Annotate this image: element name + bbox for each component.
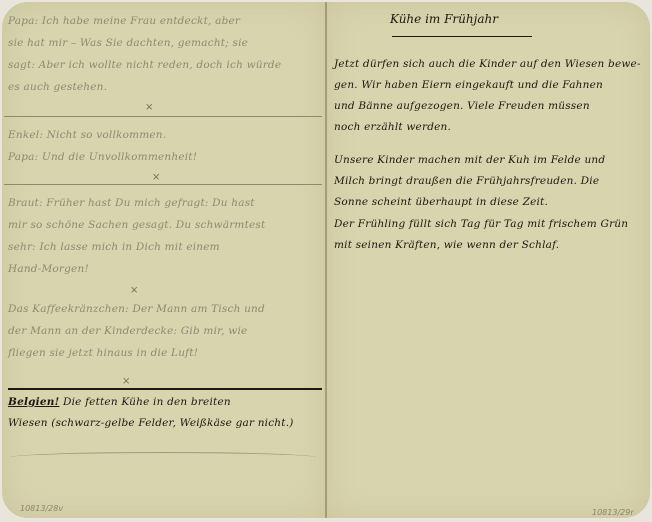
entry-belgien: Belgien! Die fetten Kühe in den breiten …: [8, 392, 318, 434]
paragraph-3: Der Frühling füllt sich Tag für Tag mit …: [334, 214, 644, 256]
text-line: Papa: Und die Unvollkommenheit!: [8, 146, 318, 168]
book-gutter: [325, 2, 327, 518]
catalog-number-left: 10813/28v: [20, 504, 63, 513]
text-line: Der Frühling füllt sich Tag für Tag mit …: [334, 214, 644, 235]
text-line: Wiesen (schwarz-gelbe Felder, Weißkäse g…: [8, 413, 318, 434]
text-line: sehr: Ich lasse mich in Dich mit einem: [8, 236, 318, 258]
ink-divider-line: [8, 388, 322, 390]
text-line: Das Kaffeekränzchen: Der Mann am Tisch u…: [8, 298, 318, 320]
text-line: Sonne scheint überhaupt in diese Zeit.: [334, 192, 644, 213]
paragraph-2: Unsere Kinder machen mit der Kuh im Feld…: [334, 150, 644, 213]
text-line: Milch bringt draußen die Frühjahrsfreude…: [334, 171, 644, 192]
text-line: noch erzählt werden.: [334, 117, 644, 138]
text-line: Belgien! Die fetten Kühe in den breiten: [8, 392, 318, 413]
paragraph-1: Jetzt dürfen sich auch die Kinder auf de…: [334, 54, 644, 138]
separator-cross: ×: [130, 285, 138, 296]
divider-line: [4, 184, 322, 185]
text-line: sie hat mir – Was Sie dachten, gemacht; …: [8, 32, 318, 54]
text-line: sagt: Aber ich wollte nicht reden, doch …: [8, 54, 318, 76]
entry-enkel: Enkel: Nicht so vollkommen. Papa: Und di…: [8, 124, 318, 168]
divider-line: [4, 116, 322, 117]
entry-braut: Braut: Früher hast Du mich gefragt: Du h…: [8, 192, 318, 280]
text-line: Unsere Kinder machen mit der Kuh im Feld…: [334, 150, 644, 171]
separator-cross: ×: [145, 102, 153, 113]
catalog-number-right: 10813/29r: [592, 508, 634, 517]
text-line: Jetzt dürfen sich auch die Kinder auf de…: [334, 54, 644, 75]
text-line: Hand-Morgen!: [8, 258, 318, 280]
text-line: Enkel: Nicht so vollkommen.: [8, 124, 318, 146]
text-line: fliegen sie jetzt hinaus in die Luft!: [8, 342, 318, 364]
text-line: es auch gestehen.: [8, 76, 318, 98]
text-line: mit seinen Kräften, wie wenn der Schlaf.: [334, 235, 644, 256]
entry-kaffeekraenzchen: Das Kaffeekränzchen: Der Mann am Tisch u…: [8, 298, 318, 364]
text-line: und Bänne aufgezogen. Viele Freuden müss…: [334, 96, 644, 117]
text-line: mir so schöne Sachen gesagt. Du schwärmt…: [8, 214, 318, 236]
title-underline: [392, 36, 532, 37]
page-title: Kühe im Frühjahr: [390, 12, 498, 26]
separator-cross: ×: [152, 172, 160, 183]
text-line: der Mann an der Kinderdecke: Gib mir, wi…: [8, 320, 318, 342]
entry-papa: Papa: Ich habe meine Frau entdeckt, aber…: [8, 10, 318, 98]
entry-heading: Belgien!: [8, 396, 59, 408]
separator-cross: ×: [122, 376, 130, 387]
text-line: Braut: Früher hast Du mich gefragt: Du h…: [8, 192, 318, 214]
curved-rule: [10, 452, 316, 463]
text-line: gen. Wir haben Eiern eingekauft und die …: [334, 75, 644, 96]
text-line-content: Die fetten Kühe in den breiten: [63, 396, 231, 408]
text-line: Papa: Ich habe meine Frau entdeckt, aber: [8, 10, 318, 32]
